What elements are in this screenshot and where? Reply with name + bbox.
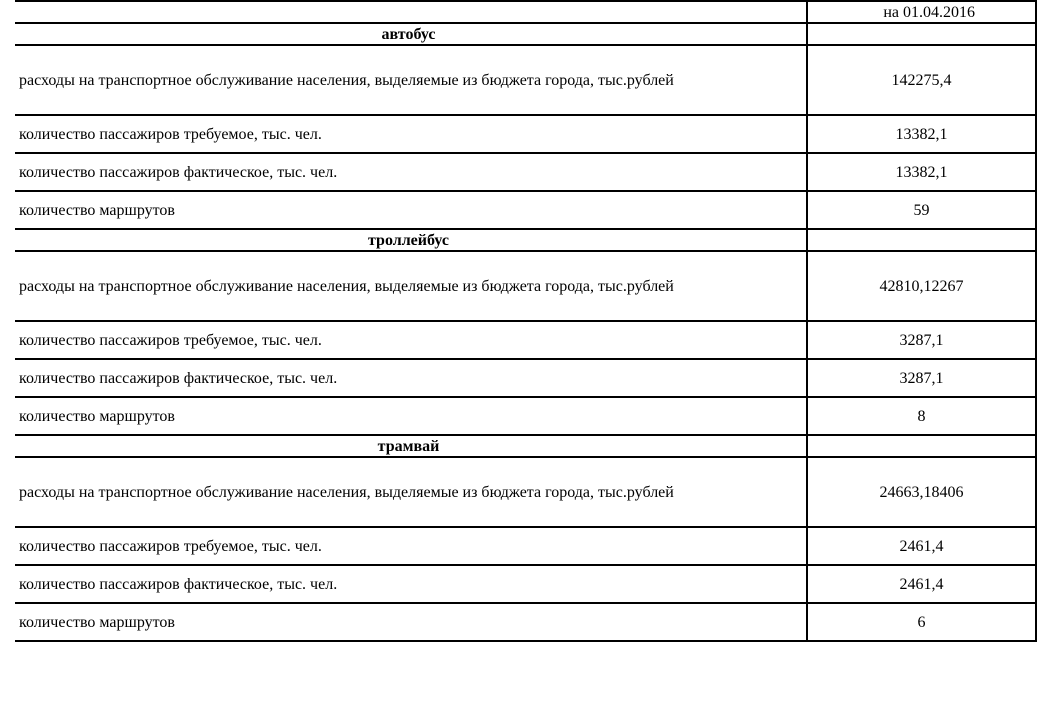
row-label: количество маршрутов	[15, 397, 807, 435]
table-row: расходы на транспортное обслуживание нас…	[15, 45, 1036, 115]
transport-statistics-table: на 01.04.2016 автобусрасходы на транспор…	[15, 0, 1037, 642]
row-label: расходы на транспортное обслуживание нас…	[15, 457, 807, 527]
section-title: трамвай	[15, 435, 807, 457]
table-row: расходы на транспортное обслуживание нас…	[15, 251, 1036, 321]
row-value: 6	[807, 603, 1036, 641]
row-value: 3287,1	[807, 321, 1036, 359]
row-value: 3287,1	[807, 359, 1036, 397]
section-title: автобус	[15, 23, 807, 45]
section-value-cell	[807, 435, 1036, 457]
section-value-cell	[807, 229, 1036, 251]
date-column-header: на 01.04.2016	[807, 1, 1036, 23]
table-row: количество маршрутов8	[15, 397, 1036, 435]
row-value: 8	[807, 397, 1036, 435]
table-row: количество пассажиров фактическое, тыс. …	[15, 565, 1036, 603]
table-body: на 01.04.2016 автобусрасходы на транспор…	[15, 1, 1036, 641]
row-value: 24663,18406	[807, 457, 1036, 527]
row-label: расходы на транспортное обслуживание нас…	[15, 45, 807, 115]
row-value: 42810,12267	[807, 251, 1036, 321]
row-label: количество маршрутов	[15, 191, 807, 229]
table-row: количество маршрутов59	[15, 191, 1036, 229]
header-label-cell	[15, 1, 807, 23]
row-value: 142275,4	[807, 45, 1036, 115]
section-header-row: трамвай	[15, 435, 1036, 457]
section-header-row: троллейбус	[15, 229, 1036, 251]
row-value: 13382,1	[807, 115, 1036, 153]
section-header-row: автобус	[15, 23, 1036, 45]
table-row: количество пассажиров требуемое, тыс. че…	[15, 115, 1036, 153]
table-row: количество пассажиров требуемое, тыс. че…	[15, 527, 1036, 565]
row-value: 13382,1	[807, 153, 1036, 191]
row-label: количество пассажиров фактическое, тыс. …	[15, 565, 807, 603]
row-label: количество пассажиров требуемое, тыс. че…	[15, 115, 807, 153]
row-label: расходы на транспортное обслуживание нас…	[15, 251, 807, 321]
row-value: 59	[807, 191, 1036, 229]
table-row: количество пассажиров требуемое, тыс. че…	[15, 321, 1036, 359]
table-row: количество пассажиров фактическое, тыс. …	[15, 359, 1036, 397]
row-value: 2461,4	[807, 527, 1036, 565]
table-row: расходы на транспортное обслуживание нас…	[15, 457, 1036, 527]
table-row: количество пассажиров фактическое, тыс. …	[15, 153, 1036, 191]
table-row: количество маршрутов6	[15, 603, 1036, 641]
row-label: количество пассажиров требуемое, тыс. че…	[15, 321, 807, 359]
row-label: количество пассажиров фактическое, тыс. …	[15, 153, 807, 191]
section-value-cell	[807, 23, 1036, 45]
row-value: 2461,4	[807, 565, 1036, 603]
section-title: троллейбус	[15, 229, 807, 251]
row-label: количество маршрутов	[15, 603, 807, 641]
header-row: на 01.04.2016	[15, 1, 1036, 23]
row-label: количество пассажиров фактическое, тыс. …	[15, 359, 807, 397]
row-label: количество пассажиров требуемое, тыс. че…	[15, 527, 807, 565]
